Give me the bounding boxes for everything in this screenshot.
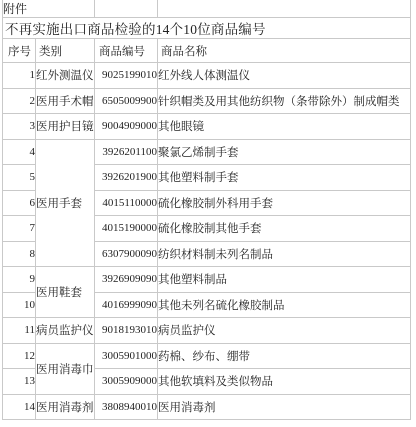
category-cell: 病员监护仪 [36,318,95,344]
serial-cell: 14 [3,394,36,420]
serial-cell: 11 [3,318,36,344]
category-cell: 红外测温仪 [36,63,95,89]
table-row: 3 医用护目镜 9004909000 其他眼镜 [3,114,411,140]
code-cell: 3005909000 [95,369,158,395]
name-cell: 药棉、纱布、绷带 [158,343,411,369]
code-cell: 3808940010 [95,394,158,420]
name-cell: 聚氯乙烯制手套 [158,139,411,165]
code-cell: 4016999090 [95,292,158,318]
attachment-label: 附件 [3,0,95,18]
serial-cell: 6 [3,190,36,216]
code-cell: 9004909000 [95,114,158,140]
document-page: 附件 不再实施出口商品检验的14个10位商品编号 序号 类别 商品编号 商品名称… [0,0,416,427]
category-cell-merged: 医用消毒巾 [36,343,95,394]
serial-cell: 9 [3,267,36,293]
serial-cell: 1 [3,63,36,89]
category-cell-merged: 医用鞋套 [36,267,95,318]
code-cell: 4015110000 [95,190,158,216]
name-cell: 其他塑料制手套 [158,165,411,191]
category-cell-merged: 医用手套 [36,139,95,267]
column-header-code: 商品编号 [95,39,158,63]
name-cell: 针织帽类及用其他纺织物（条带除外）制成帽类 [158,88,411,114]
code-cell: 6505009900 [95,88,158,114]
serial-cell: 5 [3,165,36,191]
name-cell: 硫化橡胶制其他手套 [158,216,411,242]
code-cell: 9018193010 [95,318,158,344]
column-header-serial: 序号 [3,39,36,63]
category-cell: 医用消毒剂 [36,394,95,420]
empty-cell [158,0,411,18]
table-header-row: 序号 类别 商品编号 商品名称 [3,39,411,63]
attachment-row: 附件 [3,0,411,18]
code-cell: 9025199010 [95,63,158,89]
name-cell: 纺织材料制未列名制品 [158,241,411,267]
table-row: 4 医用手套 3926201100 聚氯乙烯制手套 [3,139,411,165]
name-cell: 病员监护仪 [158,318,411,344]
serial-cell: 7 [3,216,36,242]
code-cell: 3005901000 [95,343,158,369]
category-cell: 医用手术帽 [36,88,95,114]
title-row: 不再实施出口商品检验的14个10位商品编号 [3,18,411,39]
code-cell: 4015190000 [95,216,158,242]
table-row: 1 红外测温仪 9025199010 红外线人体测温仪 [3,63,411,89]
serial-cell: 10 [3,292,36,318]
name-cell: 其他眼镜 [158,114,411,140]
name-cell: 其他未列名硫化橡胶制品 [158,292,411,318]
table-row: 11 病员监护仪 9018193010 病员监护仪 [3,318,411,344]
table-row: 2 医用手术帽 6505009900 针织帽类及用其他纺织物（条带除外）制成帽类 [3,88,411,114]
code-cell: 3926909090 [95,267,158,293]
name-cell: 医用消毒剂 [158,394,411,420]
serial-cell: 13 [3,369,36,395]
serial-cell: 8 [3,241,36,267]
name-cell: 硫化橡胶制外科用手套 [158,190,411,216]
column-header-category: 类别 [36,39,95,63]
serial-cell: 12 [3,343,36,369]
name-cell: 其他软填料及类似物品 [158,369,411,395]
serial-cell: 2 [3,88,36,114]
name-cell: 其他塑料制品 [158,267,411,293]
category-cell: 医用护目镜 [36,114,95,140]
table-row: 14 医用消毒剂 3808940010 医用消毒剂 [3,394,411,420]
commodity-table: 附件 不再实施出口商品检验的14个10位商品编号 序号 类别 商品编号 商品名称… [2,0,411,420]
code-cell: 6307900090 [95,241,158,267]
code-cell: 3926201900 [95,165,158,191]
table-row: 12 医用消毒巾 3005901000 药棉、纱布、绷带 [3,343,411,369]
serial-cell: 3 [3,114,36,140]
serial-cell: 4 [3,139,36,165]
code-cell: 3926201100 [95,139,158,165]
name-cell: 红外线人体测温仪 [158,63,411,89]
page-title: 不再实施出口商品检验的14个10位商品编号 [3,18,411,39]
empty-cell [95,0,158,18]
table-row: 9 医用鞋套 3926909090 其他塑料制品 [3,267,411,293]
column-header-name: 商品名称 [158,39,411,63]
